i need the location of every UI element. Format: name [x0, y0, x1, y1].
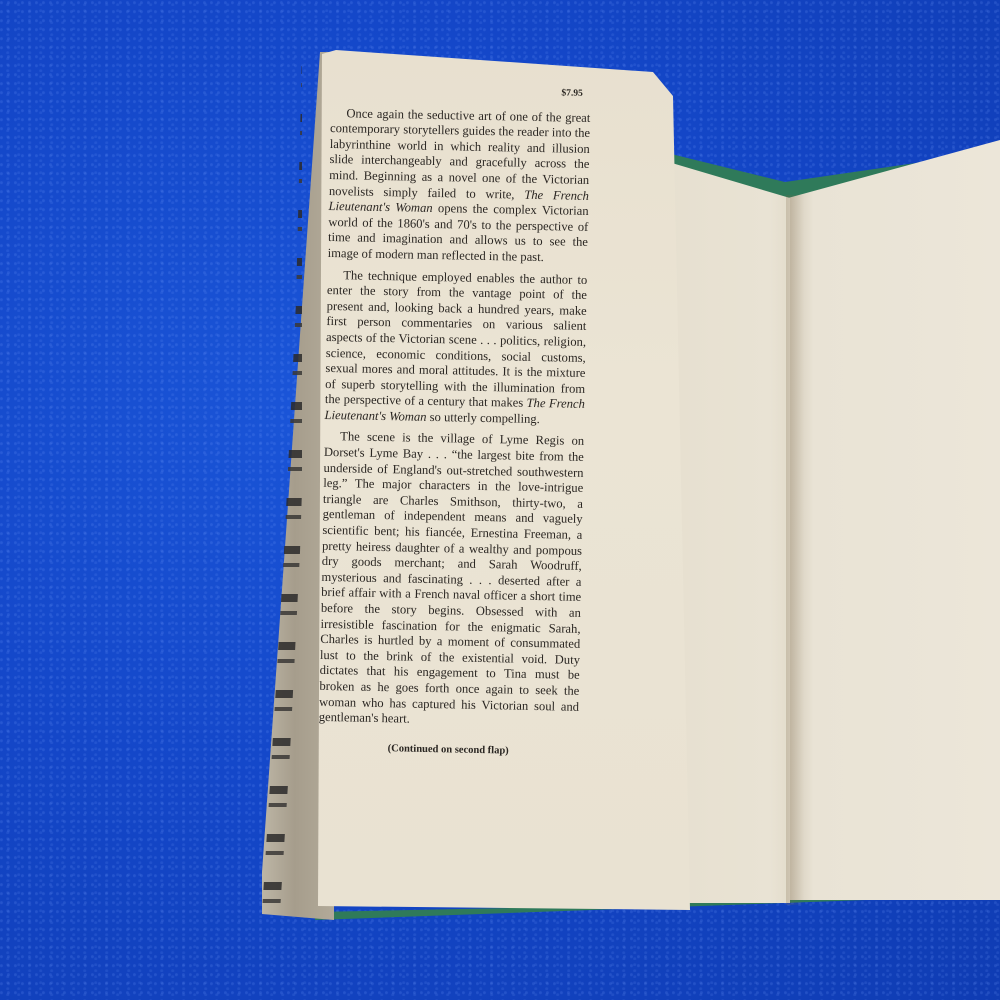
flap-paragraph-1: Once again the seductive art of one of t… [328, 106, 591, 267]
gutter-shadow [786, 195, 804, 905]
flap-paragraph-3: The scene is the village of Lyme Regis o… [319, 429, 585, 730]
flap-paragraph-2: The technique employed enables the autho… [324, 267, 587, 428]
right-endpaper-page [788, 140, 1000, 900]
flap-copy: $7.95 Once again the seductive art of on… [318, 82, 591, 760]
